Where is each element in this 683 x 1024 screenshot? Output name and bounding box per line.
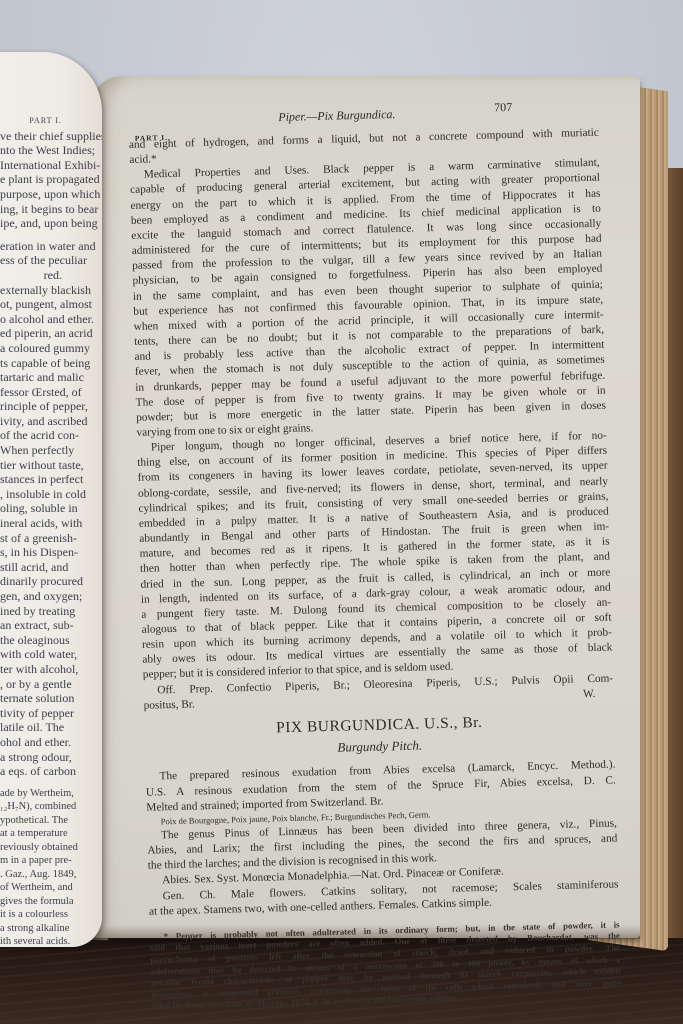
- left-text-line: fessor Œrsted, of: [0, 385, 62, 400]
- left-text-line: of Wertheim, and: [0, 881, 62, 895]
- left-text-line: ivity, and ascribed: [0, 414, 62, 429]
- left-text-line: ve their chief supplies: [0, 129, 62, 144]
- left-text-line: [0, 231, 62, 239]
- left-page-text: PART I. ve their chief suppliesnto the W…: [0, 114, 62, 947]
- left-text-line: ts capable of being: [0, 356, 62, 371]
- left-text-line: dinarily procured: [0, 574, 62, 589]
- left-text-line: latile oil. The: [0, 720, 62, 735]
- left-text-line: o alcohol and ether.: [0, 312, 62, 327]
- left-text-line: ed piperin, an acrid: [0, 326, 62, 341]
- running-title: Piper.—Pix Burgundica.: [278, 107, 396, 125]
- left-text-line: , or by a gentle: [0, 677, 62, 692]
- left-text-line: tier without taste,: [0, 458, 62, 473]
- left-text-line: ₁₂H₇N), combined: [0, 800, 62, 814]
- left-text-line: a strong odour,: [0, 750, 62, 765]
- left-text-line: ypothetical. The: [0, 814, 62, 828]
- left-text-line: ade by Wertheim,: [0, 787, 62, 801]
- left-text-line: a eqs. of carbon: [0, 764, 62, 779]
- left-text-line: ipe, and, upon being: [0, 216, 62, 231]
- left-text-line: ternate solution: [0, 691, 62, 706]
- left-text-line: with cold water,: [0, 647, 62, 662]
- left-text-line: tivity of pepper: [0, 706, 62, 721]
- left-text-line: m in a paper pre-: [0, 854, 62, 868]
- left-text-line: International Exhibi-: [0, 158, 62, 173]
- footnote: * Pepper is probably not often adulterat…: [150, 919, 622, 1012]
- left-text-line: e plant is propagated: [0, 172, 62, 187]
- left-page: PART I. ve their chief suppliesnto the W…: [0, 52, 102, 947]
- left-text-line: it is a colourless: [0, 908, 62, 922]
- left-text-line: rinciple of pepper,: [0, 399, 62, 414]
- left-text-line: reviously obtained: [0, 841, 62, 855]
- left-text-line: ineral acids, with: [0, 516, 62, 531]
- left-text-line: still acrid, and: [0, 560, 62, 575]
- left-text-line: at a temperature: [0, 827, 62, 841]
- left-text-line: oling, soluble in: [0, 501, 62, 516]
- left-text-line: gen, and oxygen;: [0, 589, 62, 604]
- left-text-line: ohol and ether.: [0, 735, 62, 750]
- left-text-line: red.: [0, 268, 62, 283]
- left-text-line: purpose, upon which: [0, 187, 62, 202]
- left-text-line: [0, 779, 62, 787]
- right-page-text: PART I. Piper.—Pix Burgundica. 707 and e…: [128, 96, 621, 1001]
- left-text-line: s, in his Dispen-: [0, 545, 62, 560]
- page-number: 707: [494, 100, 512, 115]
- left-text-line: When perfectly: [0, 443, 62, 458]
- left-text-line: a coloured gummy: [0, 341, 62, 356]
- left-text-line: ess of the peculiar: [0, 253, 62, 268]
- piper-longum-section: Piper longum, though no longer officinal…: [137, 429, 613, 684]
- piper-section: and eight of hydrogen, and forms a liqui…: [129, 126, 607, 441]
- left-text-line: stances in perfect: [0, 472, 62, 487]
- left-text-line: of the acrid con-: [0, 428, 62, 443]
- left-text-line: tartaric and malic: [0, 370, 62, 385]
- left-text-line: , insoluble in cold: [0, 487, 62, 502]
- left-text-line: an extract, sub-: [0, 618, 62, 633]
- left-text-line: st of a greenish-: [0, 531, 62, 546]
- left-text-line: gives the formula: [0, 895, 62, 909]
- page-body: and eight of hydrogen, and forms a liqui…: [129, 126, 622, 1013]
- left-text-line: . Gaz., Aug. 1849,: [0, 868, 62, 882]
- left-text-line: ter with alcohol,: [0, 662, 62, 677]
- left-text-line: ot, pungent, almost: [0, 297, 62, 312]
- left-part-label: PART I.: [0, 114, 62, 129]
- left-text-line: nto the West Indies;: [0, 143, 62, 158]
- left-text-line: eration in water and: [0, 239, 62, 254]
- left-text-line: ined by treating: [0, 604, 62, 619]
- left-text-line: the oleaginous: [0, 633, 62, 648]
- left-text-line: ing, it begins to bear: [0, 202, 62, 217]
- left-text-line: a strong alkaline: [0, 922, 62, 936]
- left-text-line: ith several acids.: [0, 935, 62, 947]
- left-text-line: externally blackish: [0, 283, 62, 298]
